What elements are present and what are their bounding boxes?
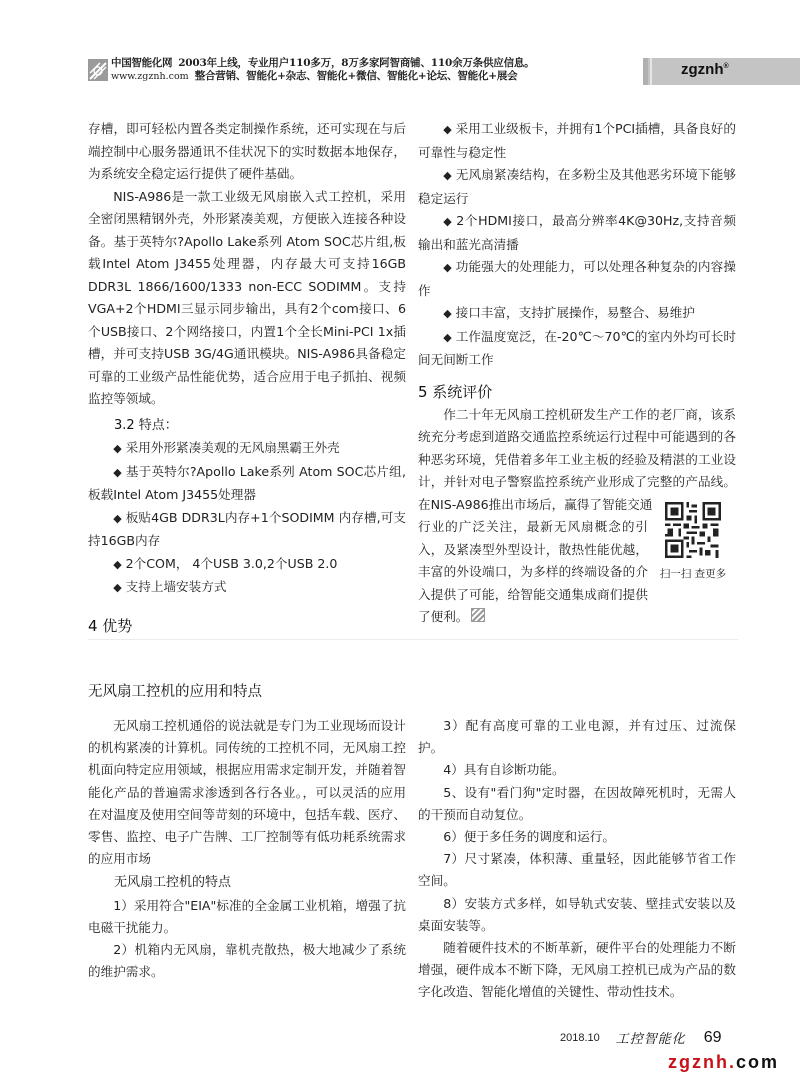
diamond-bullet-icon: ◆ — [443, 169, 452, 182]
feature-item: 8）安装方式多样，如导轨式安装、壁挂式安装以及桌面安装等。 — [418, 893, 736, 937]
tab-label: zgznh® — [681, 61, 729, 78]
feature-item: 6）便于多任务的调度和运行。 — [418, 826, 736, 848]
column-top-left: 存槽，即可轻松内置各类定制操作系统，还可实现在与后端控制中心服务器通讯不佳状况下… — [88, 118, 406, 638]
paragraph: 存槽，即可轻松内置各类定制操作系统，还可实现在与后端控制中心服务器通讯不佳状况下… — [88, 118, 406, 186]
bullet-item: ◆功能强大的处理能力，可以处理各种复杂的内容操作 — [418, 256, 736, 302]
end-mark-icon — [471, 608, 485, 622]
feature-item: 2）机箱内无风扇，靠机壳散热，极大地减少了系统的维护需求。 — [88, 939, 406, 983]
issue-date: 2018.10 — [560, 1032, 600, 1044]
site-slogan-1: 2003年上线，专业用户110多万，8万多家阿智商铺、110余万条供应信息。 — [178, 57, 534, 70]
page-footer: 2018.10 工控智能化 69 — [560, 1028, 722, 1047]
site-url[interactable]: www.zgznh.com — [111, 70, 189, 83]
site-slogan-2: 整合营销、智能化+杂志、智能化+微信、智能化+论坛、智能化+展会 — [195, 70, 518, 83]
feature-item: 1）采用符合"EIA"标准的全金属工业机箱，增强了抗电磁干扰能力。 — [88, 895, 406, 939]
feature-item: 3）配有高度可靠的工业电源，并有过压、过流保护。 — [418, 715, 736, 759]
magazine-name: 工控智能化 — [616, 1028, 686, 1047]
feature-item: 5、设有"看门狗"定时器，在因故障死机时，无需人的干预而自动复位。 — [418, 782, 736, 826]
article-title: 无风扇工控机的应用和特点 — [88, 680, 262, 701]
paragraph: 无风扇工控机通俗的说法就是专门为工业现场而设计的机构紧凑的计算机。同传统的工控机… — [88, 715, 406, 870]
paragraph: 随着硬件技术的不断革新，硬件平台的处理能力不断增强，硬件成本不断下降，无风扇工控… — [418, 937, 736, 1004]
feature-item: 7）尺寸紧凑，体积薄、重量轻，因此能够节省工作空间。 — [418, 848, 736, 892]
paragraph: 行业的广泛关注，最新无风扇概念的引入，及紧凑型外型设计，散热性能优越，丰富的外设… — [418, 516, 648, 629]
feature-item: 4）具有自诊断功能。 — [418, 759, 736, 781]
diamond-bullet-icon: ◆ — [443, 123, 451, 136]
section-divider — [88, 639, 738, 640]
bullet-item: ◆接口丰富，支持扩展操作，易整合、易维护 — [418, 302, 736, 326]
section-tab: zgznh® — [643, 58, 800, 85]
column-bottom-right: 3）配有高度可靠的工业电源，并有过压、过流保护。 4）具有自诊断功能。 5、设有… — [418, 715, 736, 1004]
diamond-bullet-icon: ◆ — [443, 215, 452, 228]
diamond-bullet-icon: ◆ — [113, 558, 121, 571]
qr-code-icon[interactable] — [665, 502, 721, 558]
site-watermark: zgznh.com — [668, 1052, 779, 1073]
bullet-item: ◆采用外形紧凑美观的无风扇黑霸王外壳 — [88, 437, 406, 461]
diamond-bullet-icon: ◆ — [113, 466, 122, 479]
bullet-item: ◆2个HDMI接口，最高分辨率4K@30Hz,支持音频输出和蓝光高清播 — [418, 210, 736, 256]
qr-caption: 扫一扫 查更多 — [652, 566, 734, 581]
bullet-item: ◆2个COM， 4个USB 3.0,2个USB 2.0 — [88, 553, 406, 577]
section-heading-5: 5 系统评价 — [418, 380, 736, 404]
column-bottom-left: 无风扇工控机通俗的说法就是专门为工业现场而设计的机构紧凑的计算机。同传统的工控机… — [88, 715, 406, 983]
diamond-bullet-icon: ◆ — [443, 261, 452, 274]
diamond-bullet-icon: ◆ — [113, 512, 122, 525]
bullet-item: ◆采用工业级板卡，并拥有1个PCI插槽，具备良好的可靠性与稳定性 — [418, 118, 736, 164]
paragraph: 作二十年无风扇工控机研发生产工作的老厂商，该系统充分考虑到道路交通监控系统运行过… — [418, 404, 736, 517]
bullet-item: ◆无风扇紧凑结构，在多粉尘及其他恶劣环境下能够稳定运行 — [418, 164, 736, 210]
header-banner: 中国智能化网 2003年上线，专业用户110多万，8万多家阿智商铺、110余万条… — [88, 55, 558, 85]
subheading-features: 3.2 特点： — [88, 415, 406, 438]
diamond-bullet-icon: ◆ — [113, 442, 121, 455]
tab-stripe — [643, 58, 648, 85]
site-brand: 中国智能化网 — [111, 57, 172, 70]
section-heading-4: 4 优势 — [88, 614, 406, 638]
diamond-bullet-icon: ◆ — [113, 581, 121, 594]
bullet-item: ◆板贴4GB DDR3L内存+1个SODIMM 内存槽,可支持16GB内存 — [88, 507, 406, 553]
page-number: 69 — [704, 1029, 722, 1047]
subheading-features: 无风扇工控机的特点 — [88, 872, 406, 894]
bullet-item: ◆支持上墙安装方式 — [88, 576, 406, 600]
diamond-bullet-icon: ◆ — [443, 331, 452, 344]
bullet-item: ◆工作温度宽泛，在-20℃～70℃的室内外均可长时间无间断工作 — [418, 326, 736, 372]
diamond-bullet-icon: ◆ — [443, 307, 451, 320]
tab-stripe-light — [650, 58, 652, 85]
paragraph: NIS-A986是一款工业级无风扇嵌入式工控机，采用全密闭黑精钢外壳，外形紧凑美… — [88, 186, 406, 411]
bullet-item: ◆基于英特尔?Apollo Lake系列 Atom SOC芯片组,板载Intel… — [88, 461, 406, 507]
qr-block: 扫一扫 查更多 — [652, 502, 734, 581]
zgznh-logo-icon — [88, 59, 108, 81]
